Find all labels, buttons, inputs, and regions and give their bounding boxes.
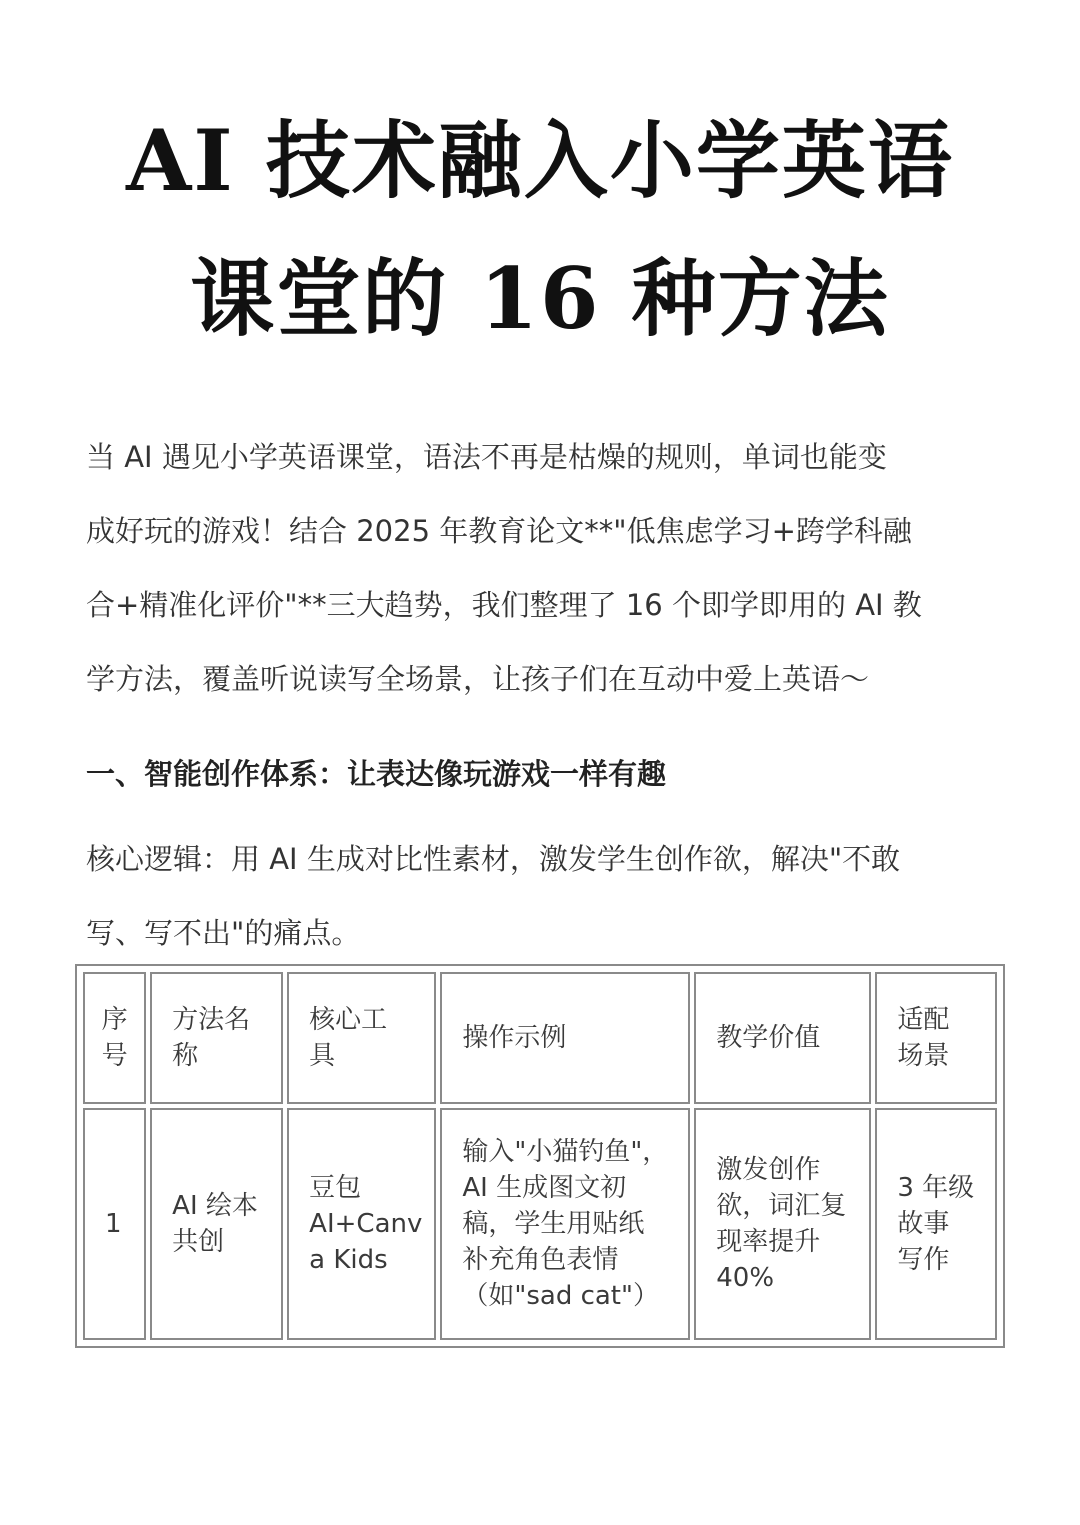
intro-line: 当 AI 遇见小学英语课堂，语法不再是枯燥的规则，单词也能变 (86, 420, 996, 494)
intro-line: 合+精准化评价"**三大趋势，我们整理了 16 个即学即用的 AI 教 (86, 568, 996, 642)
cell-core-tools: 豆包 AI+Canv a Kids (287, 1108, 436, 1340)
core-logic-paragraph: 核心逻辑：用 AI 生成对比性素材，激发学生创作欲，解决"不敢 写、写不出"的痛… (86, 822, 1006, 970)
header-core-tools: 核心工 具 (287, 972, 436, 1104)
methods-table-frame: 序 号 方法名 称 核心工 具 操作示例 教学价值 适配 场景 (75, 964, 1005, 1348)
header-index: 序 号 (83, 972, 146, 1104)
core-logic-line: 写、写不出"的痛点。 (86, 896, 1006, 970)
intro-line: 学方法，覆盖听说读写全场景，让孩子们在互动中爱上英语～ (86, 642, 996, 716)
table-row: 1 AI 绘本 共创 豆包 AI+Canv a Kids 输入"小猫钓鱼"， A… (83, 1108, 997, 1340)
header-teaching-value: 教学价值 (694, 972, 871, 1104)
document-title: AI 技术融入小学英语 课堂的 16 种方法 (0, 92, 1080, 368)
methods-table: 序 号 方法名 称 核心工 具 操作示例 教学价值 适配 场景 (79, 968, 1001, 1344)
section-heading: 一、智能创作体系：让表达像玩游戏一样有趣 (86, 752, 666, 793)
title-line-1: AI 技术融入小学英语 (0, 92, 1080, 230)
title-line-2: 课堂的 16 种方法 (0, 230, 1080, 368)
cell-example: 输入"小猫钓鱼"， AI 生成图文初 稿，学生用贴纸 补充角色表情 （如"sad… (440, 1108, 690, 1340)
cell-scene: 3 年级 故事 写作 (875, 1108, 997, 1340)
header-scene: 适配 场景 (875, 972, 997, 1104)
cell-index: 1 (83, 1108, 146, 1340)
table-header-row: 序 号 方法名 称 核心工 具 操作示例 教学价值 适配 场景 (83, 972, 997, 1104)
intro-paragraph: 当 AI 遇见小学英语课堂，语法不再是枯燥的规则，单词也能变 成好玩的游戏！结合… (86, 420, 996, 716)
cell-method-name: AI 绘本 共创 (150, 1108, 283, 1340)
intro-line: 成好玩的游戏！结合 2025 年教育论文**"低焦虑学习+跨学科融 (86, 494, 996, 568)
header-example: 操作示例 (440, 972, 690, 1104)
core-logic-line: 核心逻辑：用 AI 生成对比性素材，激发学生创作欲，解决"不敢 (86, 822, 1006, 896)
header-method-name: 方法名 称 (150, 972, 283, 1104)
cell-teaching-value: 激发创作 欲，词汇复 现率提升 40% (694, 1108, 871, 1340)
